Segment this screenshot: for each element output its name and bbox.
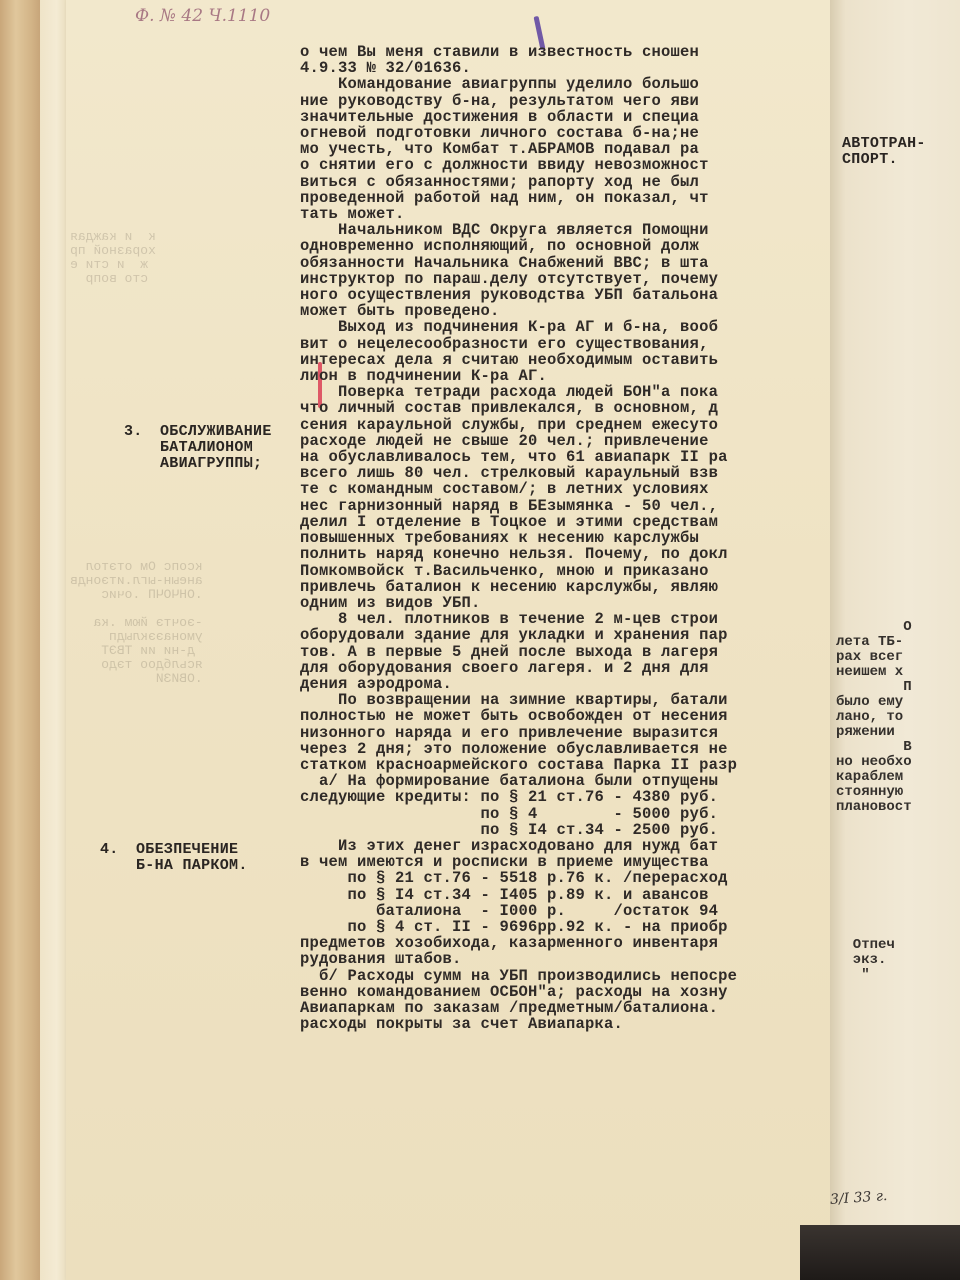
right-footer-line: "	[836, 968, 895, 983]
text-line: повышенных требованиях к несению карслуж…	[300, 530, 830, 546]
text-line: По возвращении на зимние квартиры, батал…	[300, 692, 830, 708]
text-line: по § 4 - 5000 руб.	[300, 806, 830, 822]
text-line: расходе людей не свыше 20 чел.; привлече…	[300, 433, 830, 449]
table-shadow	[800, 1225, 960, 1280]
text-line: ного осуществления руководства УБП батал…	[300, 287, 830, 303]
text-line: те с командным составом/; в летних услов…	[300, 481, 830, 497]
text-line: следующие кредиты: по § 21 ст.76 - 4380 …	[300, 789, 830, 805]
text-line: обязанности Начальника Снабжений ВВС; в …	[300, 255, 830, 271]
right-text-line: было ему	[836, 695, 912, 710]
text-line: расходы покрыты за счет Авиапарка.	[300, 1016, 830, 1032]
text-line: ние руководству б-на, результатом чего я…	[300, 93, 830, 109]
text-line: интересах дела я считаю необходимым оста…	[300, 352, 830, 368]
text-line: вит о нецелесообразности его существован…	[300, 336, 830, 352]
text-line: сения караульной службы, при среднем еже…	[300, 417, 830, 433]
right-text-line: неишем х	[836, 665, 912, 680]
right-text-line: П	[836, 680, 912, 695]
right-page-heading: АВТОТРАН- СПОРТ.	[842, 136, 926, 168]
text-line: полнить наряд конечно нельзя. Почему, по…	[300, 546, 830, 562]
typed-body-text: о чем Вы меня ставили в известность снош…	[300, 44, 830, 1032]
text-line: всего лишь 80 чел. стрелковый караульный…	[300, 465, 830, 481]
text-line: Авиапаркам по заказам /предметным/батали…	[300, 1000, 830, 1016]
text-line: Поверка тетради расхода людей БОН"а пока	[300, 384, 830, 400]
text-line: огневой подготовки личного состава б-на;…	[300, 125, 830, 141]
text-line: оборудовали здание для укладки и хранени…	[300, 627, 830, 643]
text-line: б/ Расходы сумм на УБП производились неп…	[300, 968, 830, 984]
section-heading-3: 3.ОБСЛУЖИВАНИЕ БАТАЛИОНОМ АВИАГРУППЫ;	[124, 424, 272, 472]
bleed-through-text-2: ксопс Ом отэтол анеын-ыгл.итэондв .ОНЧОЧ…	[70, 560, 203, 686]
text-line: дения аэродрома.	[300, 676, 830, 692]
text-line: тов. А в первые 5 дней после выхода в ла…	[300, 644, 830, 660]
text-line: мо учесть, что Комбат т.АБРАМОВ подавал …	[300, 141, 830, 157]
text-line: проведенной работой над ним, он показал,…	[300, 190, 830, 206]
text-line: виться с обязанностями; рапорту ход не б…	[300, 174, 830, 190]
text-line: предметов хозобихода, казарменного инвен…	[300, 935, 830, 951]
text-line: значительные достижения в области и спец…	[300, 109, 830, 125]
text-line: инструктор по параш.делу отсутствует, по…	[300, 271, 830, 287]
text-line: рудования штабов.	[300, 951, 830, 967]
right-text-line: рах всег	[836, 650, 912, 665]
right-footer-line: Отпеч	[836, 938, 895, 953]
text-line: о снятии его с должности ввиду невозможн…	[300, 157, 830, 173]
text-line: через 2 дня; это положение обуславливает…	[300, 741, 830, 757]
right-page	[830, 0, 960, 1230]
right-text-line: но необхо	[836, 755, 912, 770]
text-line: привлечь баталион к несению карслужбы, я…	[300, 579, 830, 595]
text-line: одновременно исполняющий, по основной до…	[300, 238, 830, 254]
section-heading-4: 4.ОБЕЗПЕЧЕНИЕ Б-НА ПАРКОМ.	[100, 842, 248, 874]
text-line: Выход из подчинения К-ра АГ и б-на, вооб	[300, 319, 830, 335]
text-line: Начальником ВДС Округа является Помощни	[300, 222, 830, 238]
text-line: полностью не может быть освобожден от не…	[300, 708, 830, 724]
right-text-line: караблем	[836, 770, 912, 785]
text-line: Командование авиагруппы уделило большо	[300, 76, 830, 92]
text-line: 4.9.33 № 32/01636.	[300, 60, 830, 76]
handwritten-archive-note: Ф. № 42 Ч.1110	[135, 6, 270, 26]
book-binding	[0, 0, 40, 1280]
right-text-line: стоянную	[836, 785, 912, 800]
text-line: делил I отделение в Тоцкое и этими средс…	[300, 514, 830, 530]
text-line: о чем Вы меня ставили в известность снош…	[300, 44, 830, 60]
text-line: по § 21 ст.76 - 5518 р.76 к. /перерасход	[300, 870, 830, 886]
text-line: низонного наряда и его привлечение выраз…	[300, 725, 830, 741]
text-line: Помкомвойск т.Васильченко, мною и приказ…	[300, 563, 830, 579]
right-text-line: ряжении	[836, 725, 912, 740]
right-text-line: лета ТБ-	[836, 635, 912, 650]
text-line: что личный состав привлекался, в основно…	[300, 400, 830, 416]
text-line: может быть проведено.	[300, 303, 830, 319]
page-edge-strip	[40, 0, 68, 1280]
right-page-text-fragments: Олета ТБ-рах всегнеишем х Пбыло емулано,…	[836, 620, 912, 815]
text-line: лион в подчинении К-ра АГ.	[300, 368, 830, 384]
right-text-line: В	[836, 740, 912, 755]
right-text-line: О	[836, 620, 912, 635]
text-line: по § I4 ст.34 - I405 р.89 к. и авансов	[300, 887, 830, 903]
text-line: Из этих денег израсходовано для нужд бат	[300, 838, 830, 854]
text-line: по § 4 ст. II - 9696рр.92 к. - на приобр	[300, 919, 830, 935]
text-line: нес гарнизонный наряд в БЕзымянка - 50 ч…	[300, 498, 830, 514]
text-line: тать может.	[300, 206, 830, 222]
text-line: баталиона - I000 р. /остаток 94	[300, 903, 830, 919]
right-page-footer: Отпеч экз. "	[836, 938, 895, 983]
text-line: одним из видов УБП.	[300, 595, 830, 611]
text-line: на обуславливалось тем, что 61 авиапарк …	[300, 449, 830, 465]
text-line: а/ На формирование баталиона были отпуще…	[300, 773, 830, 789]
text-line: статком красноармейского состава Парка I…	[300, 757, 830, 773]
right-footer-line: экз.	[836, 953, 895, 968]
text-line: венно командованием ОСБОН"а; расходы на …	[300, 984, 830, 1000]
bleed-through-text: к и каждая хоразной пр ж и сти е сто воп…	[70, 230, 156, 286]
right-text-line: лано, то	[836, 710, 912, 725]
text-line: в чем имеются и росписки в приеме имущес…	[300, 854, 830, 870]
text-line: для оборудования своего лагеря. и 2 дня …	[300, 660, 830, 676]
text-line: 8 чел. плотников в течение 2 м-цев строи	[300, 611, 830, 627]
right-text-line: плановост	[836, 800, 912, 815]
text-line: по § I4 ст.34 - 2500 руб.	[300, 822, 830, 838]
